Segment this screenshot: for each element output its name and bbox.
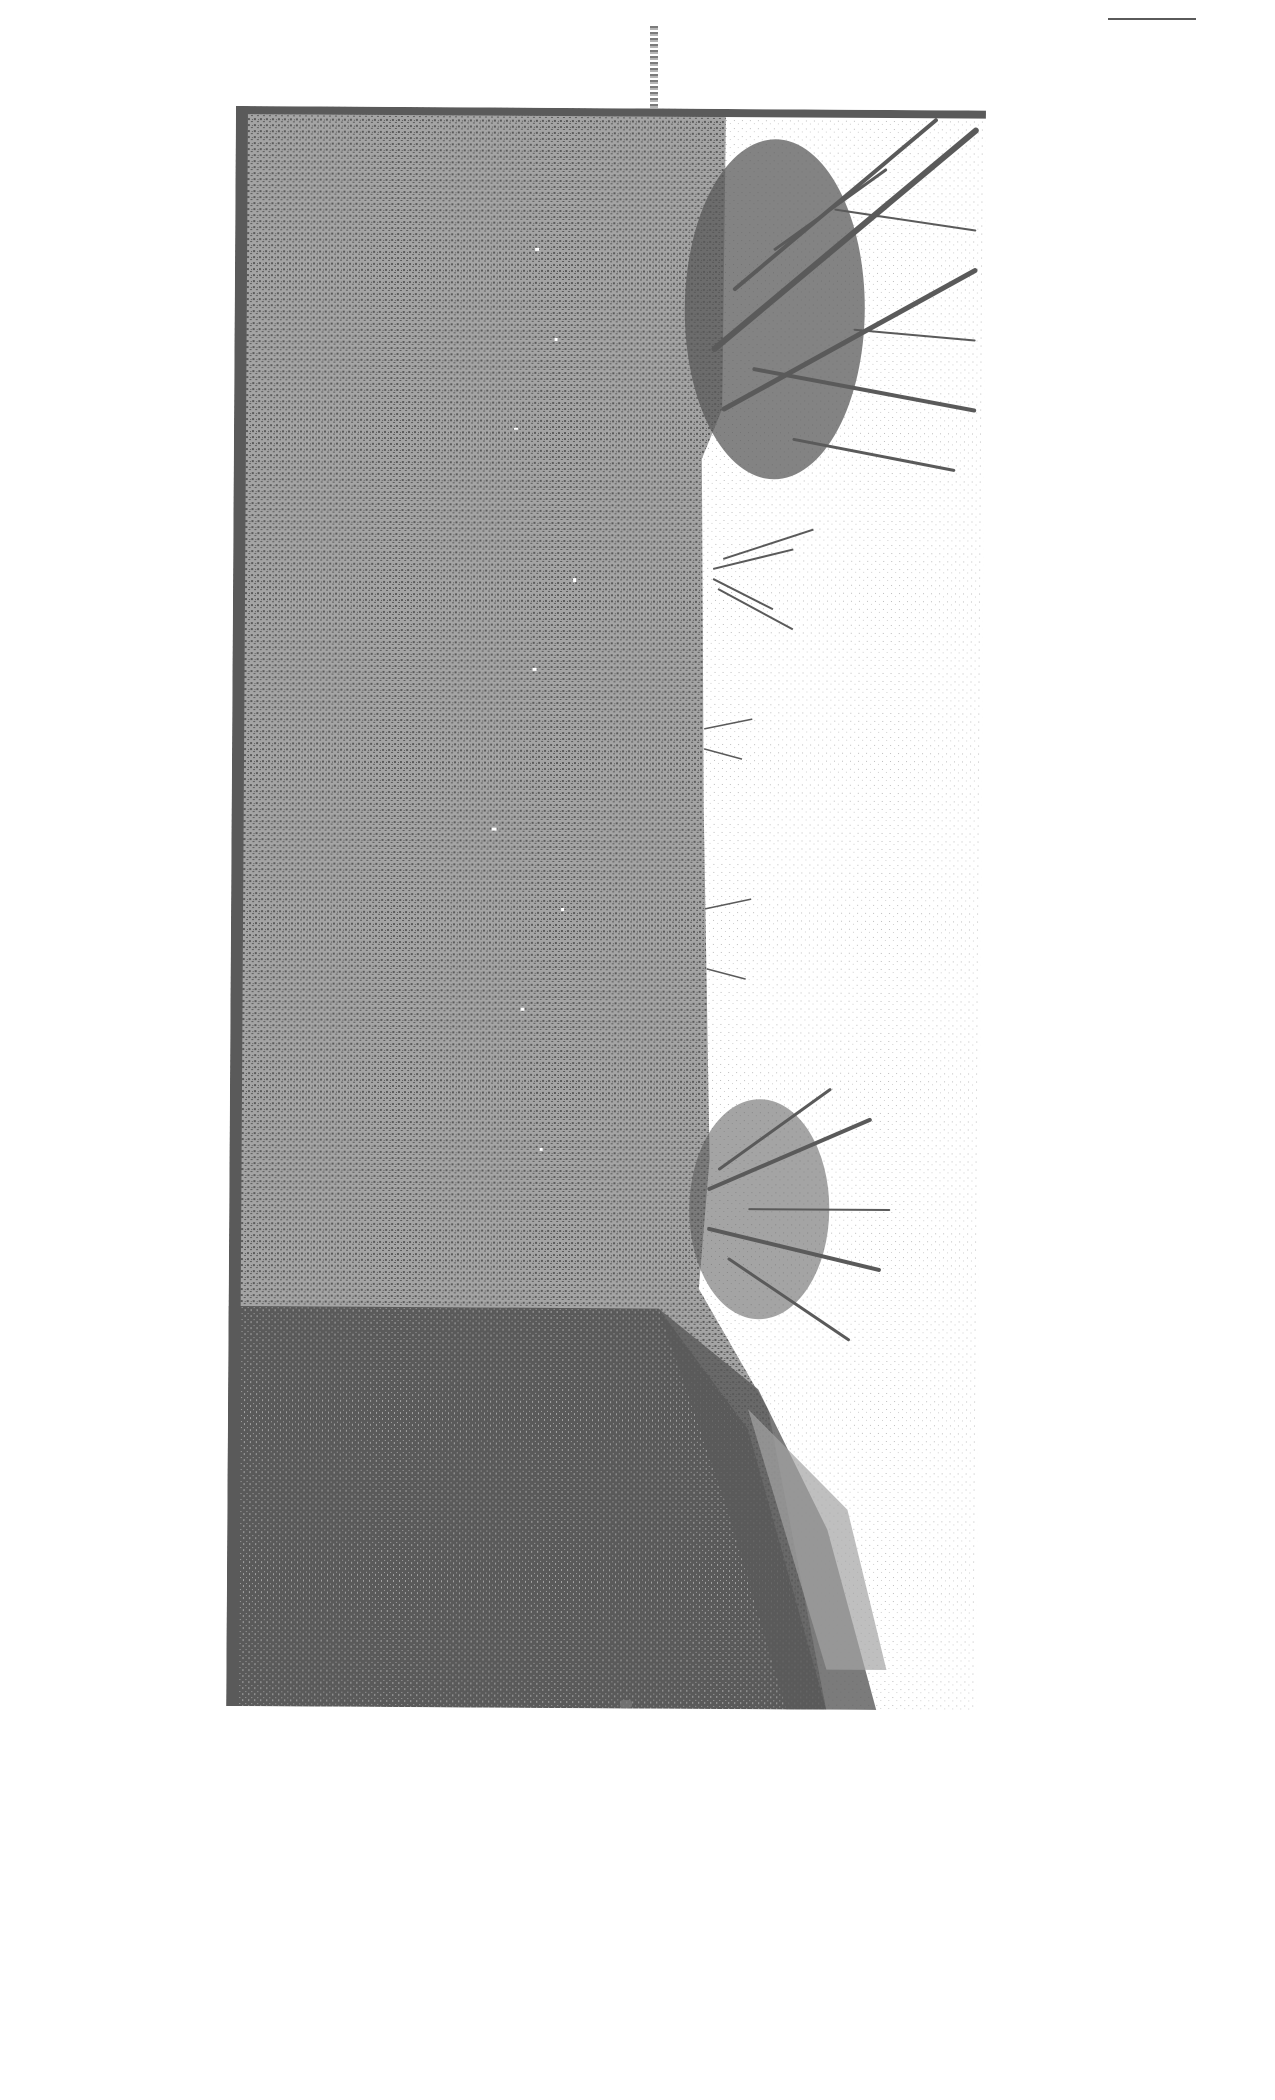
page-mark bbox=[620, 1700, 632, 1708]
top-rule-line bbox=[1108, 18, 1196, 20]
illegible-caption bbox=[650, 26, 658, 118]
landscape-photograph bbox=[226, 106, 986, 1711]
